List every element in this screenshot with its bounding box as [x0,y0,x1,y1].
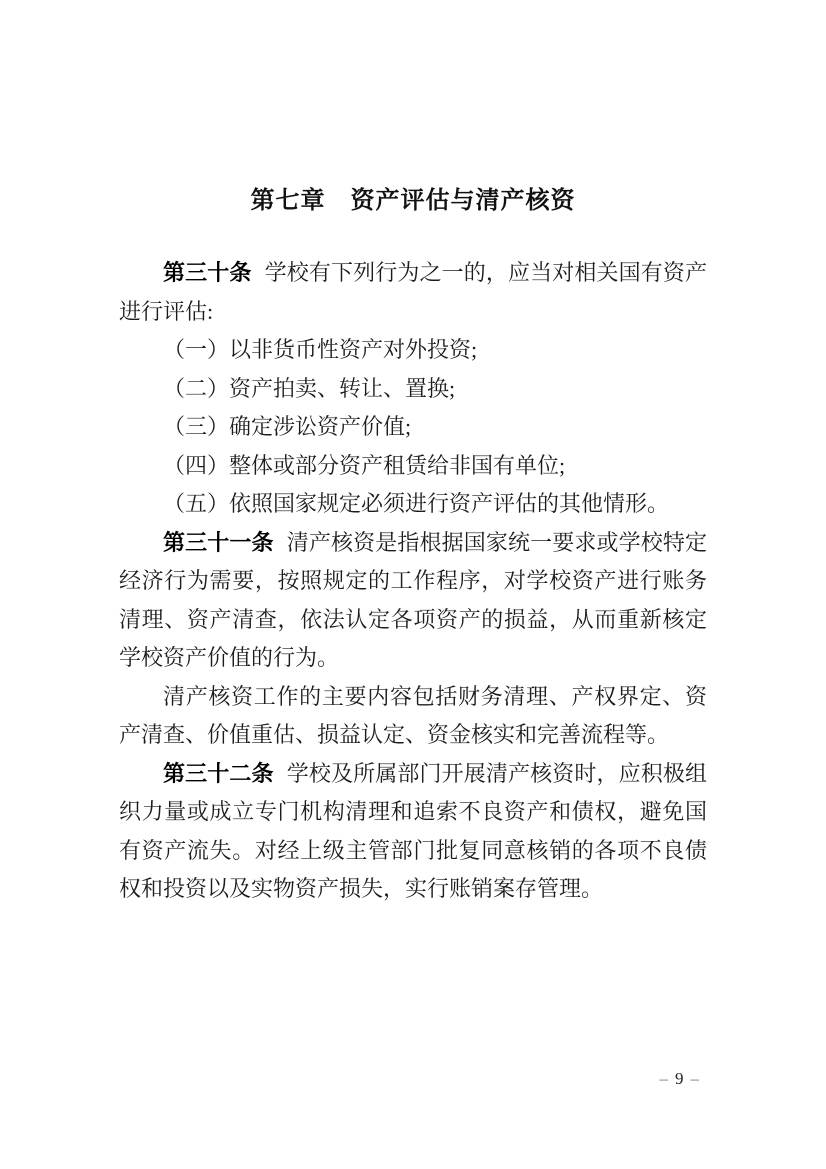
document-content: 第七章 资产评估与清产核资 第三十条学校有下列行为之一的，应当对相关国有资产进行… [119,186,707,909]
article-31-label: 第三十一条 [163,530,274,555]
chapter-title: 第七章 资产评估与清产核资 [119,186,707,216]
list-item-1-text: （一）以非货币性资产对外投资; [163,337,477,362]
document-body: 第三十条学校有下列行为之一的，应当对相关国有资产进行评估: （一）以非货币性资产… [119,254,707,909]
page-number-dash-right: – [684,1069,707,1088]
paragraph-article-30: 第三十条学校有下列行为之一的，应当对相关国有资产进行评估: [119,254,707,331]
list-item-2: （二）资产拍卖、转让、置换; [119,370,707,409]
article-30-label: 第三十条 [163,260,251,285]
list-item-4-text: （四）整体或部分资产租赁给非国有单位; [163,453,565,478]
paragraph-qingchan-text: 清产核资工作的主要内容包括财务清理、产权界定、资产清查、价值重估、损益认定、资金… [119,684,707,748]
list-item-2-text: （二）资产拍卖、转让、置换; [163,376,455,401]
list-item-5-text: （五）依照国家规定必须进行资产评估的其他情形。 [163,491,669,516]
page-number-dash-left: – [653,1069,676,1088]
list-item-3-text: （三）确定涉讼资产价值; [163,414,411,439]
list-item-5: （五）依照国家规定必须进行资产评估的其他情形。 [119,485,707,524]
paragraph-article-31: 第三十一条清产核资是指根据国家统一要求或学校特定经济行为需要，按照规定的工作程序… [119,524,707,678]
page-number: –9– [653,1068,707,1090]
list-item-4: （四）整体或部分资产租赁给非国有单位; [119,447,707,486]
document-page: 第七章 资产评估与清产核资 第三十条学校有下列行为之一的，应当对相关国有资产进行… [0,0,826,1169]
list-item-3: （三）确定涉讼资产价值; [119,408,707,447]
paragraph-qingchan-content: 清产核资工作的主要内容包括财务清理、产权界定、资产清查、价值重估、损益认定、资金… [119,678,707,755]
list-item-1: （一）以非货币性资产对外投资; [119,331,707,370]
page-number-value: 9 [675,1069,684,1088]
article-32-label: 第三十二条 [163,761,274,786]
paragraph-article-32: 第三十二条学校及所属部门开展清产核资时，应积极组织力量或成立专门机构清理和追索不… [119,755,707,909]
